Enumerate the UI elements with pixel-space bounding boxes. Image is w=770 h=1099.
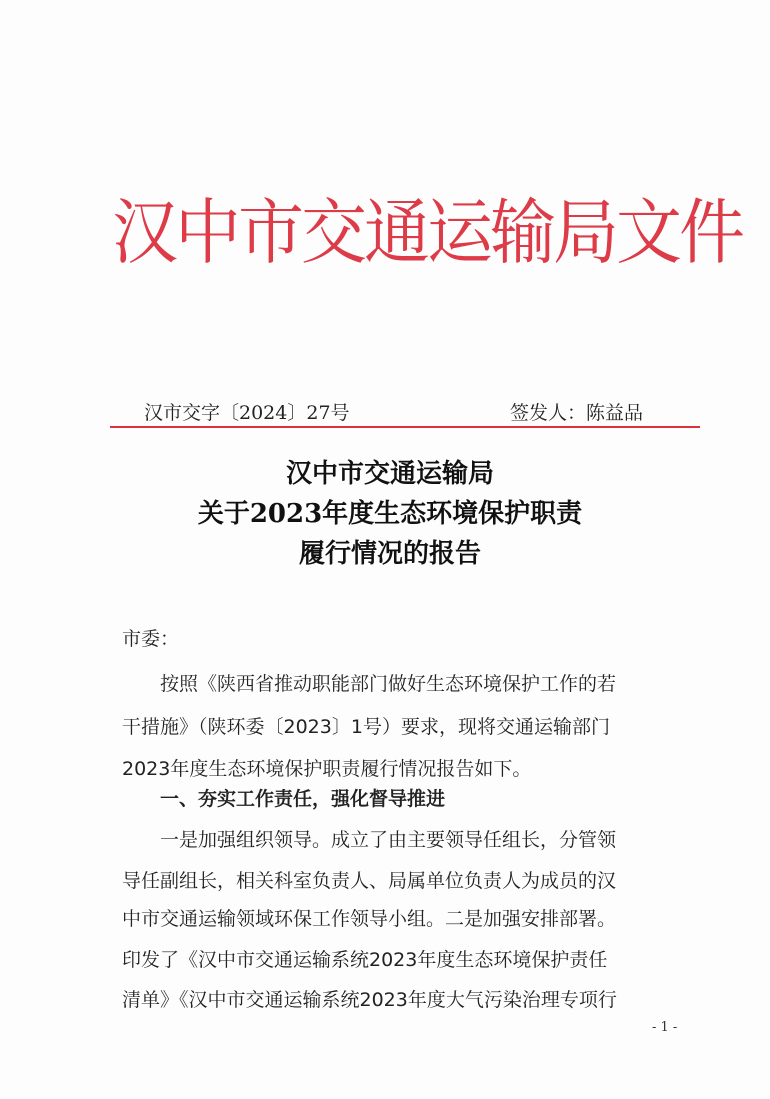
title-line-1: 汉中市交通运输局 [100,454,680,494]
document-number: 汉市交字〔2024〕27号 [144,398,350,425]
title-line-2: 关于2023年度生态环境保护职责 [100,494,680,534]
body-line: 一是加强组织领导。成立了由主要领导任组长，分管领 [160,825,616,852]
red-divider-rule [110,426,700,428]
title-line-3: 履行情况的报告 [100,534,680,574]
body-line: 干措施》（陕环委〔2023〕1号）要求，现将交通运输部门 [122,712,610,739]
body-line: 印发了《汉中市交通运输系统2023年度生态环境保护责任 [122,945,607,972]
signer-label: 签发人： [510,402,586,424]
document-page: 汉中市交通运输局文件 汉市交字〔2024〕27号 签发人：陈益品 汉中市交通运输… [0,0,770,1099]
section-heading: 一、夯实工作责任，强化督导推进 [160,784,445,811]
salutation: 市委： [122,624,179,651]
page-number: - 1 - [652,1020,677,1035]
body-line: 按照《陕西省推动职能部门做好生态环境保护工作的若 [160,669,616,696]
signer: 签发人：陈益品 [510,398,643,425]
document-masthead: 汉中市交通运输局文件 [112,188,672,279]
document-title: 汉中市交通运输局 关于2023年度生态环境保护职责 履行情况的报告 [100,454,680,574]
body-line: 中市交通运输领域环保工作领导小组。二是加强安排部署。 [122,904,616,931]
body-line: 2023年度生态环境保护职责履行情况报告如下。 [122,754,531,781]
body-line: 清单》《汉中市交通运输系统2023年度大气污染治理专项行 [122,985,617,1012]
body-line: 导任副组长，相关科室负责人、局属单位负责人为成员的汉 [122,866,616,893]
signer-name: 陈益品 [586,402,643,424]
